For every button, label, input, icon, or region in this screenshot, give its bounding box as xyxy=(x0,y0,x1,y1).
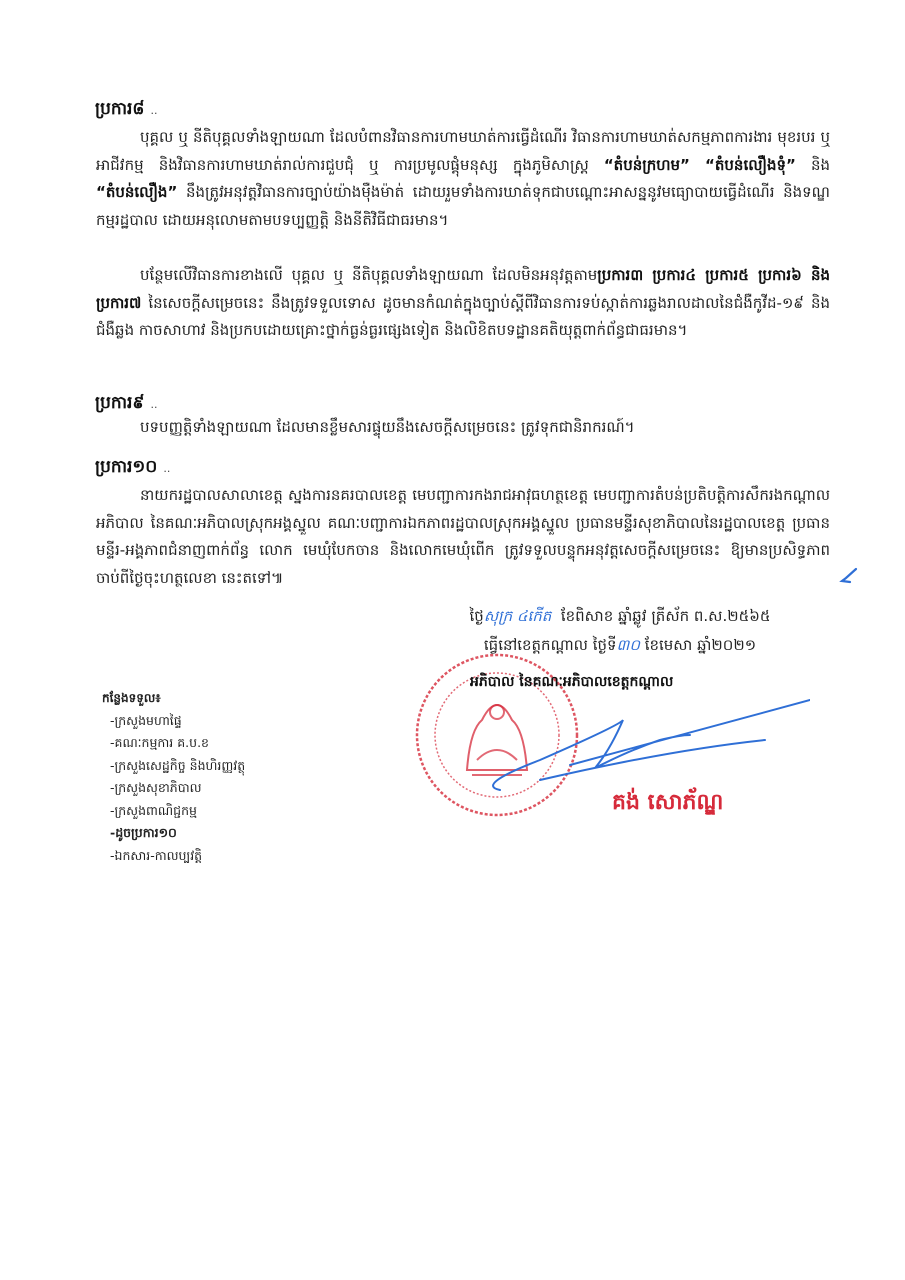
article-10-dots: .. xyxy=(163,462,170,475)
article-8-dots: .. xyxy=(150,104,157,117)
lunar-prefix: ថ្ងៃ xyxy=(470,607,484,625)
article-10-paragraph: នាយករដ្ឋបាលសាលាខេត្ត ស្នងការនគរបាលខេត្ត … xyxy=(96,482,830,592)
document-page: ប្រការ៨.. បុគ្គល ឬ នីតិបុគ្គលទាំងឡាយណា ដ… xyxy=(0,0,905,1280)
lunar-date-line: ថ្ងៃសុក្រ ៤កើត ខែពិសាខ ឆ្នាំឆ្លូវ ត្រីស័… xyxy=(400,602,840,631)
handwritten-check-icon xyxy=(838,566,860,586)
handwritten-lunar-day: សុក្រ ៤កើត xyxy=(484,607,551,625)
recipient-item: -ក្រសួងពាណិជ្ជកម្ម xyxy=(104,800,245,823)
article-9-title: ប្រការ៩ xyxy=(95,393,144,413)
article-9-dots: .. xyxy=(150,398,157,411)
place-rest: ខែមេសា ឆ្នាំ២០២១ xyxy=(645,636,756,654)
lunar-rest: ខែពិសាខ ឆ្នាំឆ្លូវ ត្រីស័ក ព.ស.២៥៦៥ xyxy=(561,607,771,625)
handwritten-day: ៣០ xyxy=(617,636,640,654)
recipient-item: -ដូចប្រការ១០ xyxy=(104,822,245,845)
recipient-item: -ក្រសួងសេដ្ឋកិច្ច និងហិរញ្ញវត្ថុ xyxy=(104,755,245,778)
para-text: នឹងត្រូវអនុវត្តវិធានការច្បាប់យ៉ាងម៉ឺងម៉ា… xyxy=(96,183,830,229)
para-text: និង xyxy=(796,156,830,174)
para-text: បន្ថែមលើវិធានការខាងលើ បុគ្គល ឬ នីតិបុគ្គ… xyxy=(140,266,597,284)
article-8-title: ប្រការ៨ xyxy=(95,99,144,119)
dark-yellow-zone-term: “តំបន់លឿងទុំ” xyxy=(705,156,796,174)
article-10-title: ប្រការ១០ xyxy=(95,457,157,477)
recipients-title: កន្លែងទទួល៖ xyxy=(102,687,245,710)
recipients-list: កន្លែងទទួល៖ -ក្រសួងមហាផ្ទៃ -គណៈកម្មការ គ… xyxy=(104,687,245,867)
recipient-item: -ឯកសារ-កាលប្បវត្តិ xyxy=(104,845,245,868)
article-10-heading: ប្រការ១០.. xyxy=(95,456,170,481)
article-8-heading: ប្រការ៨.. xyxy=(95,98,157,123)
recipient-item: -គណៈកម្មការ គ.ប.ខ xyxy=(104,732,245,755)
article-8-paragraph-1: បុគ្គល ឬ នីតិបុគ្គលទាំងឡាយណា ដែលបំពានវិធ… xyxy=(96,124,830,234)
yellow-zone-term: “តំបន់លឿង” xyxy=(96,183,177,201)
article-9-paragraph: បទបញ្ញត្តិទាំងឡាយណា ដែលមានខ្លឹមសារផ្ទុយន… xyxy=(96,414,830,442)
signatory-name: គង់ សោភ័ណ្ឌ xyxy=(612,788,723,820)
article-8-paragraph-2: បន្ថែមលើវិធានការខាងលើ បុគ្គល ឬ នីតិបុគ្គ… xyxy=(96,262,830,345)
para-text: នៃសេចក្ដីសម្រេចនេះ នឹងត្រូវទទួលទោស ដូចមា… xyxy=(96,294,830,340)
red-zone-term: “តំបន់ក្រហម” xyxy=(604,156,690,174)
recipient-item: -ក្រសួងមហាផ្ទៃ xyxy=(104,710,245,733)
recipient-item: -ក្រសួងសុខាភិបាល xyxy=(104,777,245,800)
handwritten-signature-icon xyxy=(480,690,810,800)
